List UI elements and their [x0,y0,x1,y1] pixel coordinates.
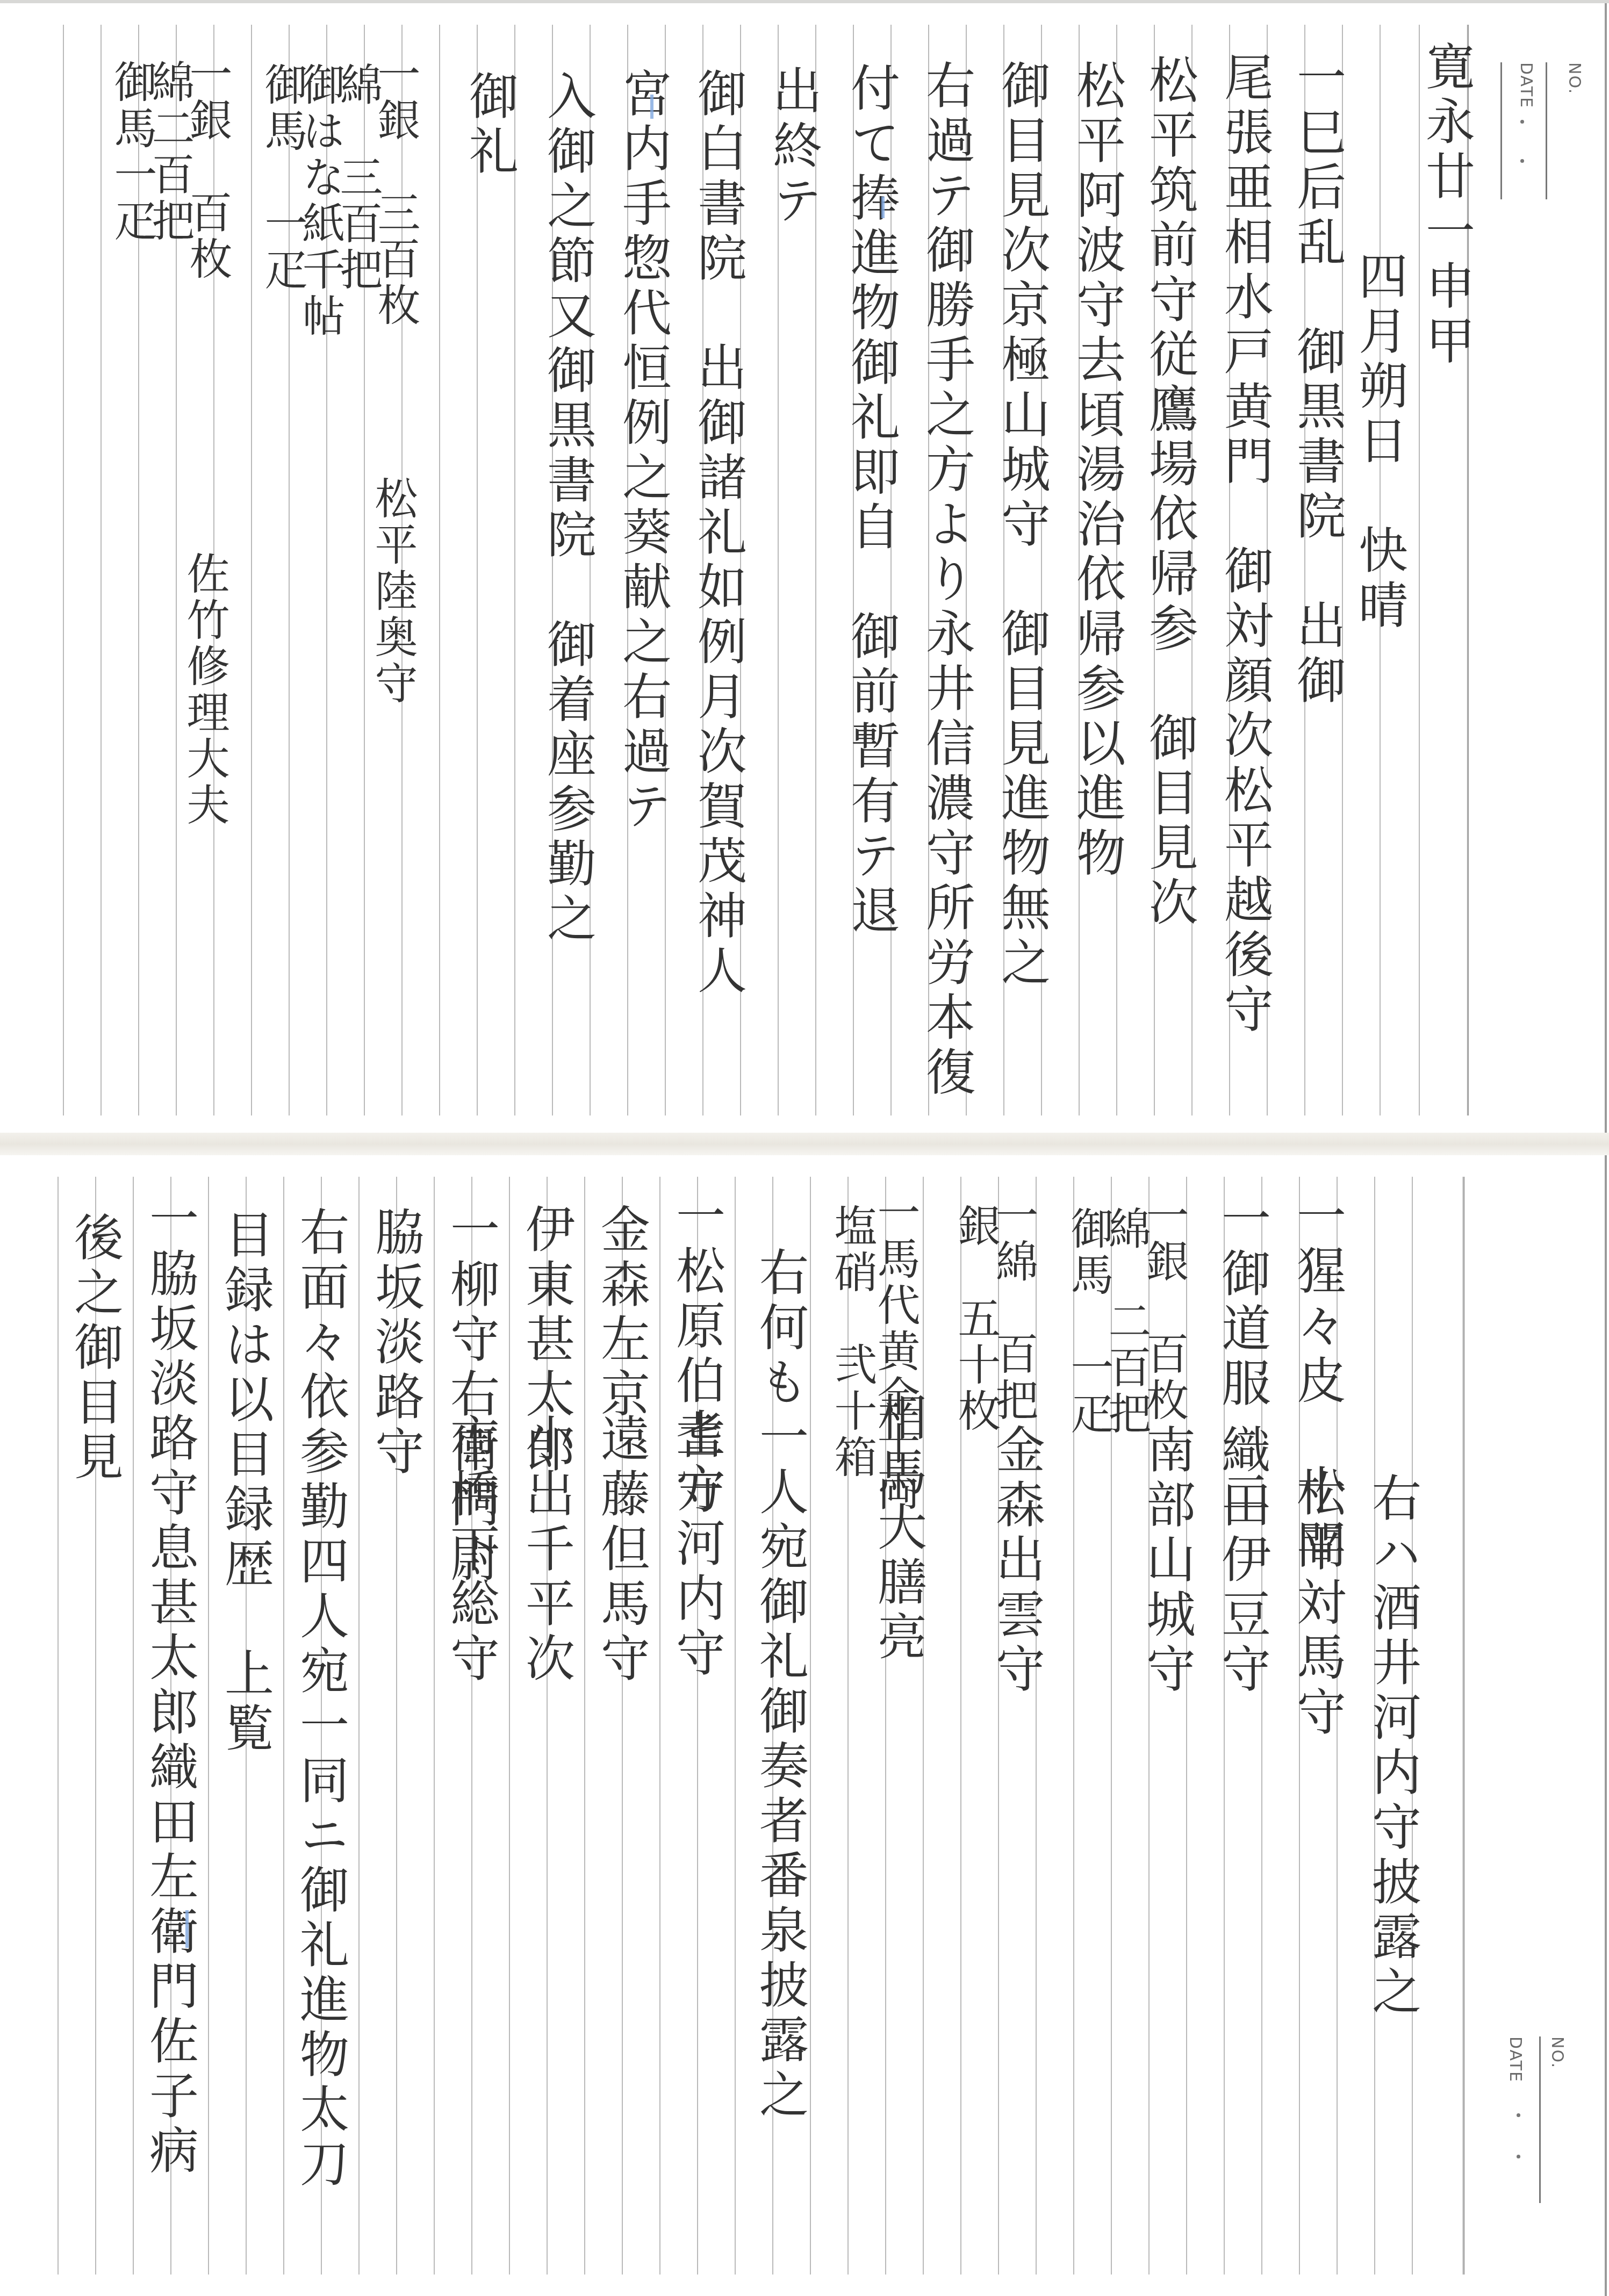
text-column: 出終テ [768,65,818,229]
person-name: 市橋下総守 [446,1413,495,1687]
text-column: 目録は以目録歴 上覧 [220,1209,270,1757]
person-name: 佐竹修理大夫 [183,551,226,829]
gift-item: 御馬 一疋 [1067,1206,1110,1437]
no-label: NO. [1565,62,1584,95]
date-separator-dot [1517,2155,1520,2158]
person-name: 織田伊豆守 [1217,1424,1267,1698]
ruled-line [735,1177,736,2275]
page-edge [1605,3,1607,1137]
text-column: 右過テ御勝手之方より永井信濃守所労本復 [922,60,971,1101]
no-underline [1539,2036,1541,2203]
text-column: 尾張亜相水戸黄門 御対顔次松平越後守 [1220,52,1269,1038]
ruled-line [810,1177,811,2275]
ruled-line [439,25,440,1115]
text-column: 松平阿波守去頃湯治依帰参以進物 [1072,60,1122,882]
blue-ink-mark [881,197,885,218]
ruled-line [100,25,102,1115]
person-name: 松平対馬守 [1292,1467,1342,1741]
notebook-page-bottom: NO. DATE 右ハ酒井河内守披露之 一猩々皮 十間 一御道服 二 一銀 百枚… [0,1155,1609,2296]
date-underline [1500,62,1502,199]
ruled-line [434,1177,435,2275]
text-column: 金森左京 [597,1204,646,1423]
text-column: 後之御目見 [70,1212,119,1486]
text-column: 御礼 [465,70,514,180]
date-weather-line: 四月朔日 快晴 [1354,250,1404,634]
ruled-line [584,1177,585,2275]
date-label: DATE [1517,62,1535,109]
notebook-page-top: NO. DATE 寛永廿一申甲 四月朔日 快晴 一巳后乱 御黒書院 出御 尾張亜… [0,0,1609,1137]
ruled-line [509,1177,510,2275]
text-column: 右面々依参勤四人宛一同ニ御礼進物太刀 [296,1206,345,2193]
person-name: 小出千平次 [521,1413,571,1687]
ruled-line [208,1177,209,2275]
person-name: 遠藤但馬守 [597,1413,646,1687]
page-edge [1605,1155,1607,2296]
page-fold [0,1133,1609,1155]
text-column: 一脇坂淡路守息甚太郎織田左衛門佐子病 [145,1193,195,2179]
text-column: 御目見次京極山城守 御目見進物無之 [997,60,1046,991]
ruled-line [477,25,478,1115]
no-label: NO. [1548,2036,1567,2069]
margin-rule [1463,1177,1468,2275]
text-column: 松平筑前守従鷹場依帰参 御目見次 [1145,54,1194,931]
text-column: 宮内手惣代恒例之葵献之右過テ [618,68,667,835]
person-name: 土方河内守 [672,1408,721,1682]
date-label: DATE [1506,2036,1525,2083]
ruled-line [63,25,64,1115]
person-name: 南部山城守 [1142,1424,1191,1698]
gift-item: 銀 五十枚 [954,1204,997,1435]
person-name: 相馬大膳亮 [873,1392,923,1666]
gift-item: 御馬 一疋 [261,62,304,293]
text-column: 付て捧進物御礼即自 御前暫有テ退 [846,62,896,939]
ruled-line [514,25,515,1115]
text-column: 一巳后乱 御黒書院 出御 [1292,52,1342,709]
gift-item: 御馬一疋 [110,60,153,244]
date-separator-dot [1520,120,1524,124]
date-separator-dot [1517,2113,1520,2117]
ruled-line [659,1177,660,2275]
ruled-line [251,25,252,1115]
blue-ink-mark [650,95,653,119]
ruled-line [133,1177,134,2275]
person-name: 金森出雲守 [992,1424,1041,1698]
ruled-line [923,1177,924,2275]
ruled-line [58,1177,59,2275]
ruled-line [283,1177,284,2275]
gift-item: 塩硝 弐十箱 [830,1204,873,1481]
text-column: 入御之節又御黒書院 御着座参勤之 [543,70,592,947]
date-separator-dot [1520,159,1524,163]
text-column: 脇坂淡路守 [371,1206,420,1480]
text-column: 右何も一人宛御礼御奏者番泉披露之 [755,1247,804,2124]
document-title: 寛永廿一申甲 [1421,41,1471,370]
ruled-line [358,1177,360,2275]
no-underline [1546,62,1547,199]
blue-ink-mark [185,1910,189,1948]
person-name: 松平陸奥守 [371,476,414,707]
text-column: 御白書院 出御諸礼如例月次賀茂神人 [693,68,743,999]
text-column: 右ハ酒井河内守披露之 [1368,1472,1417,2020]
